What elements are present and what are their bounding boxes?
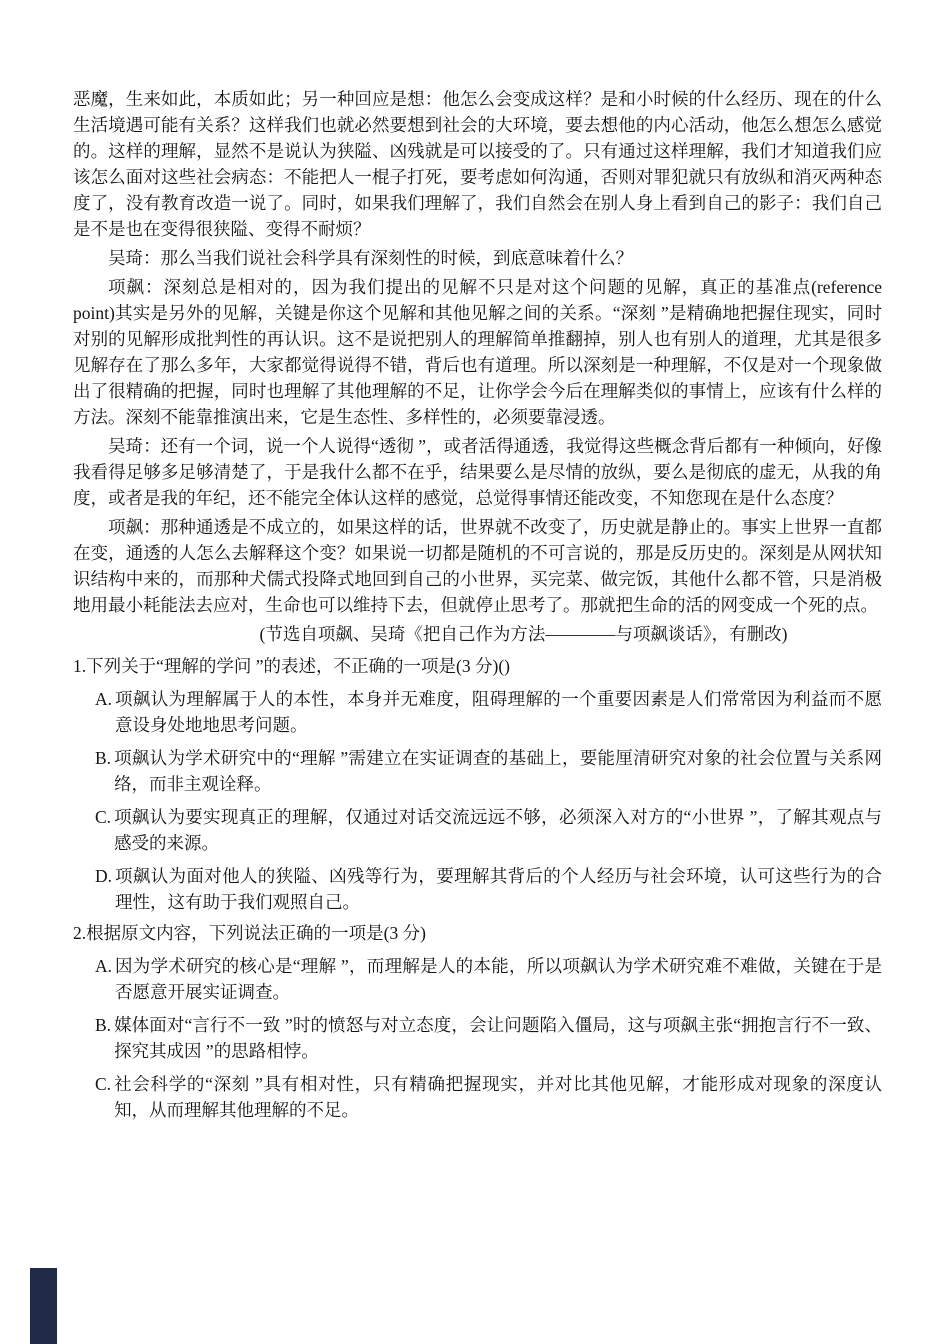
option-label: B. bbox=[95, 745, 114, 797]
option-label: C. bbox=[95, 1071, 114, 1123]
passage-paragraph: 吴琦：那么当我们说社会科学具有深刻性的时候，到底意味着什么？ bbox=[73, 245, 882, 271]
scan-ink-mark bbox=[30, 1268, 57, 1344]
option-text: 项飙认为面对他人的狭隘、凶残等行为，要理解其背后的个人经历与社会环境，认可这些行… bbox=[115, 863, 882, 915]
passage-paragraph: 吴琦：还有一个词，说一个人说得“透彻 ”，或者活得通透，我觉得这些概念背后都有一… bbox=[73, 433, 882, 511]
option-row: C. 项飙认为要实现真正的理解，仅通过对话交流远远不够，必须深入对方的“小世界 … bbox=[95, 804, 882, 856]
option-text: 媒体面对“言行不一致 ”时的愤怒与对立态度，会让问题陷入僵局，这与项飙主张“拥抱… bbox=[114, 1012, 882, 1064]
option-label: A. bbox=[95, 953, 115, 1005]
option-label: B. bbox=[95, 1012, 114, 1064]
option-row: D. 项飙认为面对他人的狭隘、凶残等行为，要理解其背后的个人经历与社会环境，认可… bbox=[95, 863, 882, 915]
option-row: B. 项飙认为学术研究中的“理解 ”需建立在实证调查的基础上，要能厘清研究对象的… bbox=[95, 745, 882, 797]
option-row: C. 社会科学的“深刻 ”具有相对性，只有精确把握现实，并对比其他见解，才能形成… bbox=[95, 1071, 882, 1123]
option-row: B. 媒体面对“言行不一致 ”时的愤怒与对立态度，会让问题陷入僵局，这与项飙主张… bbox=[95, 1012, 882, 1064]
option-label: A. bbox=[95, 686, 115, 738]
question-number: 2. bbox=[73, 920, 86, 946]
question-2: 2. 根据原文内容，下列说法正确的一项是(3 分) A. 因为学术研究的核心是“… bbox=[73, 920, 882, 1123]
question-stem: 2. 根据原文内容，下列说法正确的一项是(3 分) bbox=[73, 920, 882, 946]
option-text: 社会科学的“深刻 ”具有相对性，只有精确把握现实，并对比其他见解，才能形成对现象… bbox=[114, 1071, 882, 1123]
option-label: C. bbox=[95, 804, 114, 856]
option-label: D. bbox=[95, 863, 115, 915]
passage-paragraph: 恶魔，生来如此，本质如此；另一种回应是想：他怎么会变成这样？是和小时候的什么经历… bbox=[73, 86, 882, 242]
exam-document-page: 恶魔，生来如此，本质如此；另一种回应是想：他怎么会变成这样？是和小时候的什么经历… bbox=[0, 0, 950, 1344]
question-stem: 1. 下列关于“理解的学问 ”的表述，不正确的一项是(3 分)() bbox=[73, 653, 882, 679]
option-text: 因为学术研究的核心是“理解 ”，而理解是人的本能，所以项飙认为学术研究难不难做，… bbox=[115, 953, 882, 1005]
option-row: A. 因为学术研究的核心是“理解 ”，而理解是人的本能，所以项飙认为学术研究难不… bbox=[95, 953, 882, 1005]
question-options: A. 项飙认为理解属于人的本性，本身并无难度，阻碍理解的一个重要因素是人们常常因… bbox=[73, 686, 882, 915]
option-text: 项飙认为理解属于人的本性，本身并无难度，阻碍理解的一个重要因素是人们常常因为利益… bbox=[115, 686, 882, 738]
option-text: 项飙认为学术研究中的“理解 ”需建立在实证调查的基础上，要能厘清研究对象的社会位… bbox=[114, 745, 882, 797]
passage-paragraph: 项飙：深刻总是相对的，因为我们提出的见解不只是对这个问题的见解，真正的基准点(r… bbox=[73, 274, 882, 430]
passage-attribution: (节选自项飙、吴琦《把自己作为方法————与项飙谈话》，有删改) bbox=[73, 621, 882, 647]
option-text: 项飙认为要实现真正的理解，仅通过对话交流远远不够，必须深入对方的“小世界 ”，了… bbox=[114, 804, 882, 856]
question-stem-text: 下列关于“理解的学问 ”的表述，不正确的一项是(3 分)() bbox=[86, 653, 882, 679]
question-1: 1. 下列关于“理解的学问 ”的表述，不正确的一项是(3 分)() A. 项飙认… bbox=[73, 653, 882, 915]
question-number: 1. bbox=[73, 653, 86, 679]
option-row: A. 项飙认为理解属于人的本性，本身并无难度，阻碍理解的一个重要因素是人们常常因… bbox=[95, 686, 882, 738]
question-stem-text: 根据原文内容，下列说法正确的一项是(3 分) bbox=[86, 920, 882, 946]
passage-paragraph: 项飙：那种通透是不成立的，如果这样的话，世界就不改变了，历史就是静止的。事实上世… bbox=[73, 514, 882, 618]
document-content: 恶魔，生来如此，本质如此；另一种回应是想：他怎么会变成这样？是和小时候的什么经历… bbox=[73, 86, 882, 1123]
question-options: A. 因为学术研究的核心是“理解 ”，而理解是人的本能，所以项飙认为学术研究难不… bbox=[73, 953, 882, 1123]
